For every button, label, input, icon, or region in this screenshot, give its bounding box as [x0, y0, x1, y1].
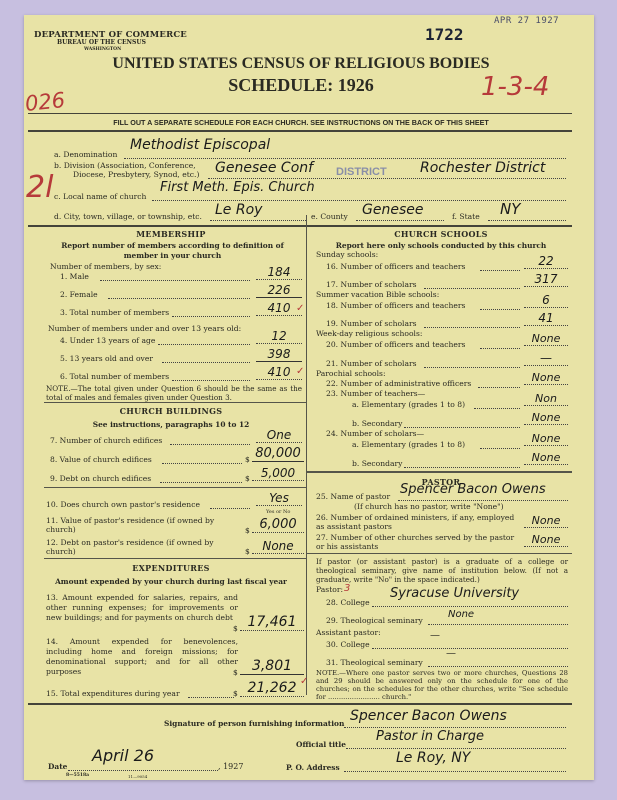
leader-dots [428, 624, 568, 625]
division-value[interactable]: Genesee Conf [215, 160, 313, 176]
pastor-name-hint: (If church has no pastor, write "None") [354, 502, 504, 511]
leader-dots [398, 500, 568, 501]
po-address-label: P. O. Address [286, 763, 340, 772]
leader-dots [210, 508, 250, 509]
leader-dots [188, 697, 234, 698]
pastor-sub-label: Pastor: [316, 585, 343, 594]
divider [44, 402, 306, 403]
other-churches-count[interactable]: None [524, 533, 568, 547]
assistant-college-value[interactable]: — [430, 630, 440, 641]
weekday-officers-count[interactable]: None [524, 332, 568, 346]
leader-dots [478, 387, 520, 388]
state-line [488, 220, 566, 221]
parochial-secondary-scholars[interactable]: None [524, 451, 568, 465]
male-count[interactable]: 184 [256, 265, 302, 280]
local-name-value[interactable]: First Meth. Epis. Church [160, 180, 315, 195]
schools-row-21: 21. Number of scholars [326, 359, 417, 368]
pastor-note: NOTE.—Where one pastor serves two or mor… [316, 669, 568, 701]
expenditures-row-14: 14. Amount expended for benevolences, in… [46, 637, 238, 677]
owns-residence-value[interactable]: Yes [256, 491, 302, 506]
pastor-name-value[interactable]: Spencer Bacon Owens [400, 482, 546, 497]
buildings-row-11: 11. Value of pastor's residence (if owne… [46, 516, 236, 534]
check-mark-icon: ✓ [296, 303, 304, 314]
leader-dots [428, 666, 568, 667]
graduate-instructions: If pastor (or assistant pastor) is a gra… [316, 557, 568, 584]
sunday-scholars-count[interactable]: 317 [524, 272, 568, 287]
leader-dots [344, 771, 566, 772]
bureau-city: WASHINGTON [84, 47, 121, 52]
membership-subheading: Report number of members according to de… [60, 241, 285, 261]
benevolences-amount[interactable]: 3,801 [240, 658, 304, 675]
assistant-seminary-value[interactable]: — [446, 648, 456, 659]
sunday-officers-count[interactable]: 22 [524, 254, 568, 269]
expenditures-row-13: 13. Amount expended for salaries, repair… [46, 593, 238, 623]
membership-row-6: 6. Total number of members [60, 372, 169, 381]
q31-label: 31. Theological seminary [326, 658, 423, 667]
leader-dots [100, 280, 250, 281]
weekday-schools-label: Week-day religious schools: [316, 329, 422, 338]
total-expenditures-amount[interactable]: 21,262 [240, 680, 304, 697]
city-value[interactable]: Le Roy [215, 202, 262, 218]
division-label-2: Diocese, Presbytery, Synod, etc.) [73, 170, 199, 179]
age-group-label: Number of members under and over 13 year… [48, 324, 241, 333]
leader-dots [480, 309, 520, 310]
state-value[interactable]: NY [500, 200, 520, 218]
summer-schools-label: Summer vacation Bible schools: [316, 290, 439, 299]
print-code-2: 11—9054 [128, 774, 147, 779]
residence-debt[interactable]: None [252, 539, 304, 554]
dollar-sign: $ [245, 547, 250, 556]
schools-row-16: 16. Number of officers and teachers [326, 262, 465, 271]
leader-dots [172, 316, 250, 317]
parochial-elementary-scholars[interactable]: None [524, 432, 568, 446]
received-date-stamp: APR 27 1927 [494, 16, 559, 26]
membership-row-1: 1. Male [60, 272, 89, 281]
leader-dots [404, 467, 520, 468]
margin-mark: 2l [26, 170, 53, 205]
leader-dots [162, 463, 242, 464]
dollar-sign: $ [245, 526, 250, 535]
church-edifices-count[interactable]: One [256, 428, 302, 443]
female-count[interactable]: 226 [256, 283, 302, 298]
leader-dots [372, 648, 568, 649]
buildings-row-12: 12. Debt on pastor's residence (if owned… [46, 538, 236, 556]
leader-dots [162, 362, 250, 363]
official-title-value[interactable]: Pastor in Charge [376, 729, 484, 744]
leader-dots [108, 298, 250, 299]
schools-row-24b: b. Secondary [352, 459, 402, 468]
leader-dots [170, 444, 250, 445]
sunday-schools-label: Sunday schools: [316, 250, 378, 259]
schools-row-24a: a. Elementary (grades 1 to 8) [352, 440, 465, 449]
fill-instructions: FILL OUT A SEPARATE SCHEDULE FOR EACH CH… [36, 118, 566, 127]
print-code-1: 8—5518a [66, 773, 89, 778]
check-mark-icon: ✓ [296, 366, 304, 377]
dollar-sign: $ [245, 474, 250, 483]
po-address-value[interactable]: Le Roy, NY [396, 750, 470, 766]
q29-label: 29. Theological seminary [326, 616, 423, 625]
leader-dots [480, 348, 520, 349]
local-name-label: c. Local name of church [54, 192, 146, 201]
buildings-row-7: 7. Number of church edifices [50, 436, 162, 445]
divider [28, 703, 572, 705]
divider [44, 558, 306, 559]
buildings-row-9: 9. Debt on church edifices [50, 474, 151, 483]
pastor-college-value[interactable]: Syracuse University [390, 586, 519, 601]
leader-dots [158, 344, 250, 345]
schools-row-19: 19. Number of scholars [326, 319, 417, 328]
q30-label: 30. College [326, 640, 370, 649]
divider [28, 113, 572, 114]
schools-row-20: 20. Number of officers and teachers [326, 340, 465, 349]
leader-dots [474, 408, 520, 409]
annotation-left: 026 [24, 88, 66, 116]
membership-heading: MEMBERSHIP [40, 229, 302, 239]
leader-dots [480, 270, 520, 271]
county-value[interactable]: Genesee [362, 202, 423, 218]
denomination-label: a. Denomination [54, 150, 117, 159]
dollar-sign: $ [233, 624, 238, 633]
schools-row-18: 18. Number of officers and teachers [326, 301, 465, 310]
city-line [210, 220, 306, 221]
denomination-value[interactable]: Methodist Episcopal [130, 137, 270, 153]
by-sex-label: Number of members, by sex: [50, 262, 161, 271]
edifice-value[interactable]: 80,000 [252, 446, 304, 462]
leader-dots [346, 748, 566, 749]
divider [307, 471, 572, 473]
divider [44, 487, 306, 488]
document-subtitle: SCHEDULE: 1926 [96, 75, 506, 96]
date-label: Date [48, 762, 67, 771]
state-label: f. State [452, 212, 480, 221]
parochial-elementary-teachers[interactable]: Non [524, 392, 568, 406]
denomination-line [124, 158, 566, 159]
summer-officers-count[interactable]: 6 [524, 293, 568, 308]
divider [28, 130, 572, 132]
document-title: UNITED STATES CENSUS OF RELIGIOUS BODIES [96, 55, 506, 73]
expenditures-row-15: 15. Total expenditures during year [46, 689, 180, 698]
schools-heading: CHURCH SCHOOLS [310, 229, 572, 239]
bureau-name: BUREAU OF THE CENSUS [57, 39, 146, 46]
assistant-pastors-count[interactable]: None [524, 514, 568, 528]
membership-row-3: 3. Total number of members [60, 308, 169, 317]
dollar-sign: $ [233, 689, 238, 698]
expenditures-subheading: Amount expended by your church during la… [40, 577, 302, 587]
form-number: 1722 [425, 25, 464, 44]
schools-row-23: 23. Number of teachers— [326, 389, 425, 398]
q26-label: 26. Number of ordained ministers, if any… [316, 513, 516, 531]
leader-dots [160, 482, 242, 483]
buildings-row-8: 8. Value of church edifices [50, 455, 152, 464]
annotation-right: 1-3-4 [481, 72, 549, 102]
district-value[interactable]: Rochester District [420, 160, 545, 176]
division-label-1: b. Division (Association, Conference, [54, 161, 196, 170]
parochial-secondary-teachers[interactable]: None [524, 411, 568, 425]
weekday-scholars-count[interactable]: — [524, 351, 568, 366]
district-stamp: DISTRICT [336, 166, 387, 178]
date-value[interactable]: April 26 [92, 746, 154, 765]
buildings-row-10: 10. Does church own pastor's residence [46, 500, 200, 509]
under-13-count[interactable]: 12 [256, 329, 302, 344]
q28-label: 28. College [326, 598, 370, 607]
membership-note: NOTE.—The total given under Question 6 s… [46, 384, 302, 402]
schools-row-24: 24. Number of scholars— [326, 429, 424, 438]
leader-dots [68, 770, 218, 771]
county-line [356, 220, 444, 221]
pastor-mark: 3 [344, 583, 350, 594]
pastor-seminary-value[interactable]: None [448, 609, 474, 620]
schools-row-22: 22. Number of administrative officers [326, 379, 471, 388]
city-label: d. City, town, village, or township, etc… [54, 212, 202, 221]
membership-row-2: 2. Female [60, 290, 98, 299]
schools-row-23a: a. Elementary (grades 1 to 8) [352, 400, 465, 409]
column-divider [306, 215, 307, 695]
date-year: , 1927 [218, 762, 243, 771]
buildings-heading: CHURCH BUILDINGS [40, 406, 302, 416]
leader-dots [404, 427, 520, 428]
assistant-pastor-label: Assistant pastor: [316, 628, 381, 637]
parochial-admin-count[interactable]: None [524, 371, 568, 385]
schools-row-23b: b. Secondary [352, 419, 402, 428]
leader-dots [480, 448, 520, 449]
division-line [208, 178, 566, 179]
schools-row-17: 17. Number of scholars [326, 280, 417, 289]
divider [307, 553, 572, 554]
leader-dots [424, 288, 520, 289]
leader-dots [424, 367, 520, 368]
residence-value[interactable]: 6,000 [252, 517, 304, 533]
signature-label: Signature of person furnishing informati… [164, 719, 344, 728]
membership-row-4: 4. Under 13 years of age [60, 336, 155, 345]
check-mark-icon: ✓ [300, 676, 308, 687]
leader-dots [344, 727, 566, 728]
summer-scholars-count[interactable]: 41 [524, 311, 568, 326]
leader-dots [372, 606, 568, 607]
pastor-name-label: 25. Name of pastor [316, 492, 390, 501]
q27-label: 27. Number of other churches served by t… [316, 533, 516, 551]
signature-value[interactable]: Spencer Bacon Owens [350, 708, 507, 724]
official-title-label: Official title [296, 740, 346, 749]
leader-dots [172, 380, 250, 381]
yes-or-no-hint: Yes or No [266, 509, 290, 515]
leader-dots [424, 327, 520, 328]
county-label: e. County [311, 212, 348, 221]
expenditures-heading: EXPENDITURES [40, 563, 302, 573]
divider [28, 225, 572, 227]
edifice-debt[interactable]: 5,000 [252, 466, 304, 481]
running-expenses-amount[interactable]: 17,461 [240, 614, 304, 631]
parochial-schools-label: Parochial schools: [316, 369, 386, 378]
dollar-sign: $ [245, 455, 250, 464]
dollar-sign: $ [233, 668, 238, 677]
13-and-over-count[interactable]: 398 [256, 347, 302, 362]
membership-row-5: 5. 13 years old and over [60, 354, 153, 363]
